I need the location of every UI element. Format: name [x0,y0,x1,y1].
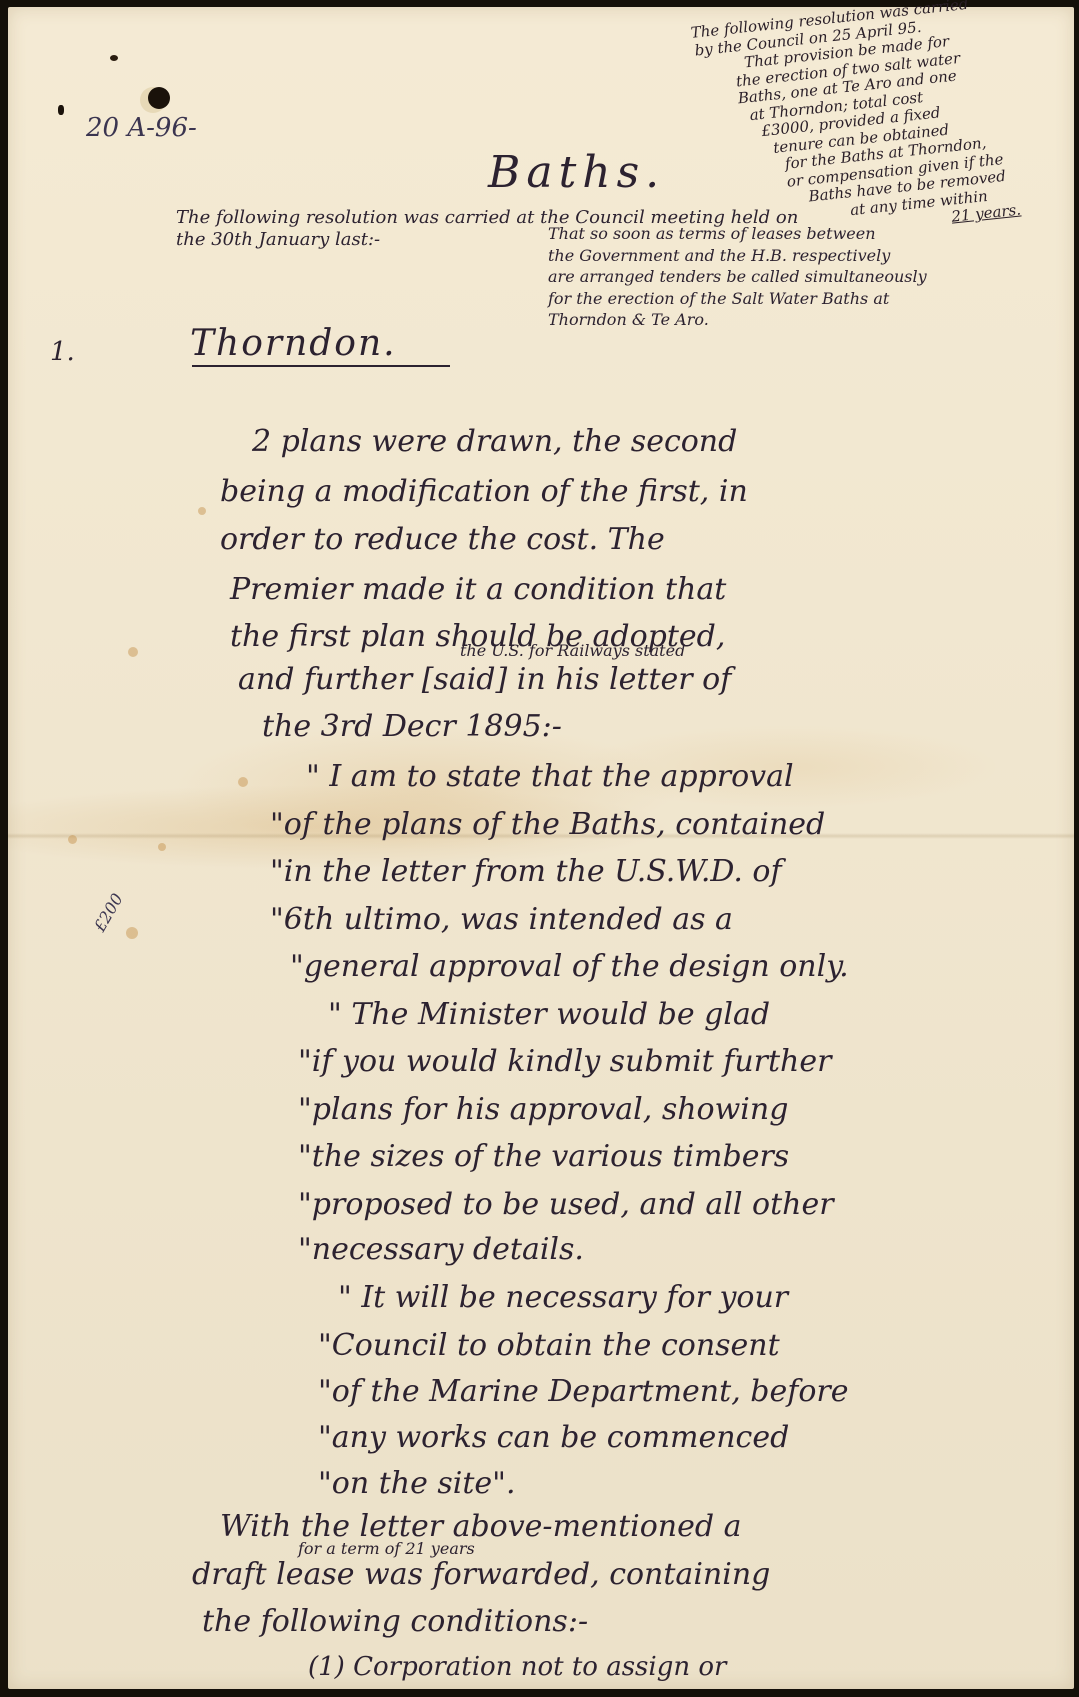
body-line: Premier made it a condition that [230,575,726,605]
document-page: 20 A-96- Baths. The following resolution… [8,7,1074,1689]
body-line: and further [said] in his letter of [238,665,731,695]
quoted-line: "necessary details. [298,1235,584,1265]
resolution-line: are arranged tenders be called simultane… [548,266,927,288]
section-number: 1. [50,337,75,367]
resolution-text: That so soon as terms of leases between … [548,223,927,331]
quoted-line: "plans for his approval, showing [298,1095,788,1125]
foxing-stain [128,647,138,657]
paper-damage [58,105,64,115]
body-line: With the letter above-mentioned a [220,1512,742,1542]
left-margin-note: £200 [90,890,127,935]
quoted-line: "general approval of the design only. [290,952,849,982]
body-line: being a modification of the first, in [220,477,748,507]
foxing-stain [158,843,166,851]
resolution-line: the Government and the H.B. respectively [548,245,927,267]
resolution-line: That so soon as terms of leases between [548,223,927,245]
document-title: Baths. [488,147,665,198]
quoted-line: "Council to obtain the consent [318,1331,780,1361]
reference-number: 20 A-96- [86,113,197,143]
body-line: the 3rd Decr 1895:- [262,712,562,742]
quoted-line: "in the letter from the U.S.W.D. of [270,857,782,887]
quoted-line: " The Minister would be glad [328,1000,770,1030]
quoted-line: "the sizes of the various timbers [298,1142,789,1172]
quoted-line: "any works can be commenced [318,1423,789,1453]
quoted-line: " It will be necessary for your [338,1283,788,1313]
quoted-line: "if you would kindly submit further [298,1047,831,1077]
section-heading: Thorndon. [190,323,397,364]
quoted-line: "of the Marine Department, before [318,1377,848,1407]
quoted-line: "of the plans of the Baths, contained [270,810,825,840]
foxing-stain [126,927,138,939]
body-line: 2 plans were drawn, the second [252,427,737,457]
body-line: order to reduce the cost. The [220,525,665,555]
quoted-line: "on the site". [318,1469,516,1499]
quoted-line: "6th ultimo, was intended as a [270,905,733,935]
quoted-line: " I am to state that the approval [306,762,794,792]
body-line: draft lease was forwarded, containing [192,1560,770,1590]
condition-item: (1) Corporation not to assign or [308,1652,726,1682]
quoted-line: "proposed to be used, and all other [298,1190,834,1220]
punch-hole [148,87,170,109]
heading-underline [192,365,450,367]
foxing-stain [198,507,206,515]
resolution-line: Thorndon & Te Aro. [548,309,927,331]
paper-damage [110,55,118,61]
foxing-stain [238,777,248,787]
insertion-above-line: the U.S. for Railways stated [460,641,685,660]
insertion-above-line: for a term of 21 years [298,1539,475,1558]
foxing-stain [68,835,77,844]
body-line: the following conditions:- [202,1607,588,1637]
resolution-line: for the erection of the Salt Water Baths… [548,288,927,310]
